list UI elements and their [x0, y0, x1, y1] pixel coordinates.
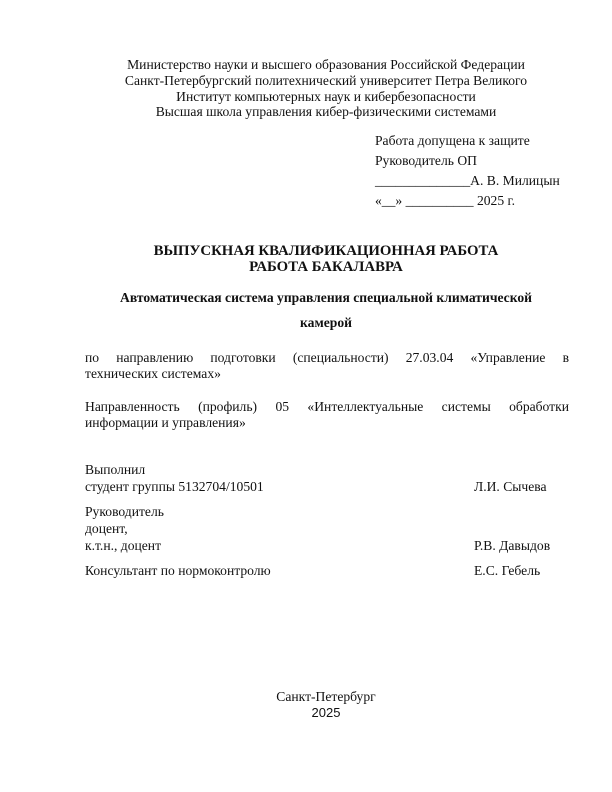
ministry-line: Министерство науки и высшего образования…: [0, 57, 612, 73]
title-line-2: РАБОТА БАКАЛАВРА: [0, 259, 612, 275]
direction-line-2: технических системах»: [85, 366, 569, 382]
institution-header: Министерство науки и высшего образования…: [0, 57, 612, 120]
document-title: ВЫПУСКНАЯ КВАЛИФИКАЦИОННАЯ РАБОТА РАБОТА…: [0, 243, 612, 275]
footer: Санкт-Петербург 2025: [0, 689, 612, 721]
school-line: Высшая школа управления кибер-физическим…: [0, 104, 612, 120]
consultant-label: Консультант по нормоконтролю: [85, 563, 271, 578]
footer-city: Санкт-Петербург: [0, 689, 612, 705]
title-line-1: ВЫПУСКНАЯ КВАЛИФИКАЦИОННАЯ РАБОТА: [0, 243, 612, 259]
profile-line-1: Направленность (профиль) 05 «Интеллектуа…: [85, 399, 569, 415]
supervisor-title-2: к.т.н., доцент: [85, 538, 161, 553]
direction-paragraph: по направлению подготовки (специальности…: [85, 350, 569, 382]
topic-line-2: камерой: [95, 310, 557, 335]
footer-year: 2025: [0, 705, 612, 721]
approval-role: Руководитель ОП: [375, 151, 560, 171]
profile-line-2: информации и управления»: [85, 415, 569, 431]
consultant-name: Е.С. Гебель: [474, 562, 540, 579]
university-line: Санкт-Петербургский политехнический унив…: [0, 73, 612, 89]
consultant-block: Консультант по нормоконтролю Е.С. Гебель: [85, 562, 569, 579]
supervisor-block: Руководитель доцент, к.т.н., доцент Р.В.…: [85, 503, 569, 554]
supervisor-label: Руководитель: [85, 504, 164, 519]
thesis-topic: Автоматическая система управления специа…: [95, 285, 557, 335]
institute-line: Институт компьютерных наук и кибербезопа…: [0, 89, 612, 105]
direction-line-1: по направлению подготовки (специальности…: [85, 350, 569, 366]
profile-paragraph: Направленность (профиль) 05 «Интеллектуа…: [85, 399, 569, 431]
approval-signature-line: ______________А. В. Милицын: [375, 171, 560, 191]
performer-block: Выполнил студент группы 5132704/10501 Л.…: [85, 461, 569, 495]
performer-role: студент группы 5132704/10501: [85, 479, 264, 494]
supervisor-title-1: доцент,: [85, 521, 128, 536]
performer-label: Выполнил: [85, 462, 145, 477]
approval-date-line: «__» __________ 2025 г.: [375, 191, 560, 211]
topic-line-1: Автоматическая система управления специа…: [95, 285, 557, 310]
approval-admitted: Работа допущена к защите: [375, 131, 560, 151]
approval-block: Работа допущена к защите Руководитель ОП…: [375, 131, 560, 211]
supervisor-name: Р.В. Давыдов: [474, 537, 550, 554]
performer-name: Л.И. Сычева: [474, 478, 547, 495]
